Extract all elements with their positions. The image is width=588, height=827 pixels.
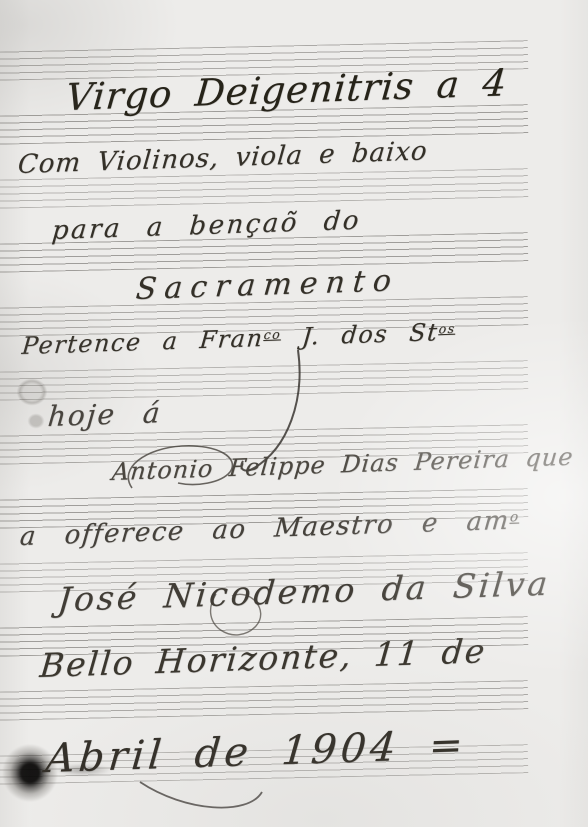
manuscript-page: Virgo Deigenitris a 4 Com Violinos, viol… (0, 0, 588, 827)
hoje-line: hoje á (47, 396, 164, 433)
staff-lines (0, 680, 528, 721)
paper-stain (14, 376, 50, 408)
paper-stain (26, 412, 46, 430)
ownership-text: J. dos St (280, 318, 440, 351)
superscript-abbreviation: os (438, 321, 456, 337)
flourish-underline-swash (140, 782, 262, 808)
superscript-abbreviation: co (263, 327, 282, 343)
staff-lines (0, 360, 528, 401)
superscript-abbreviation: o (509, 509, 520, 525)
